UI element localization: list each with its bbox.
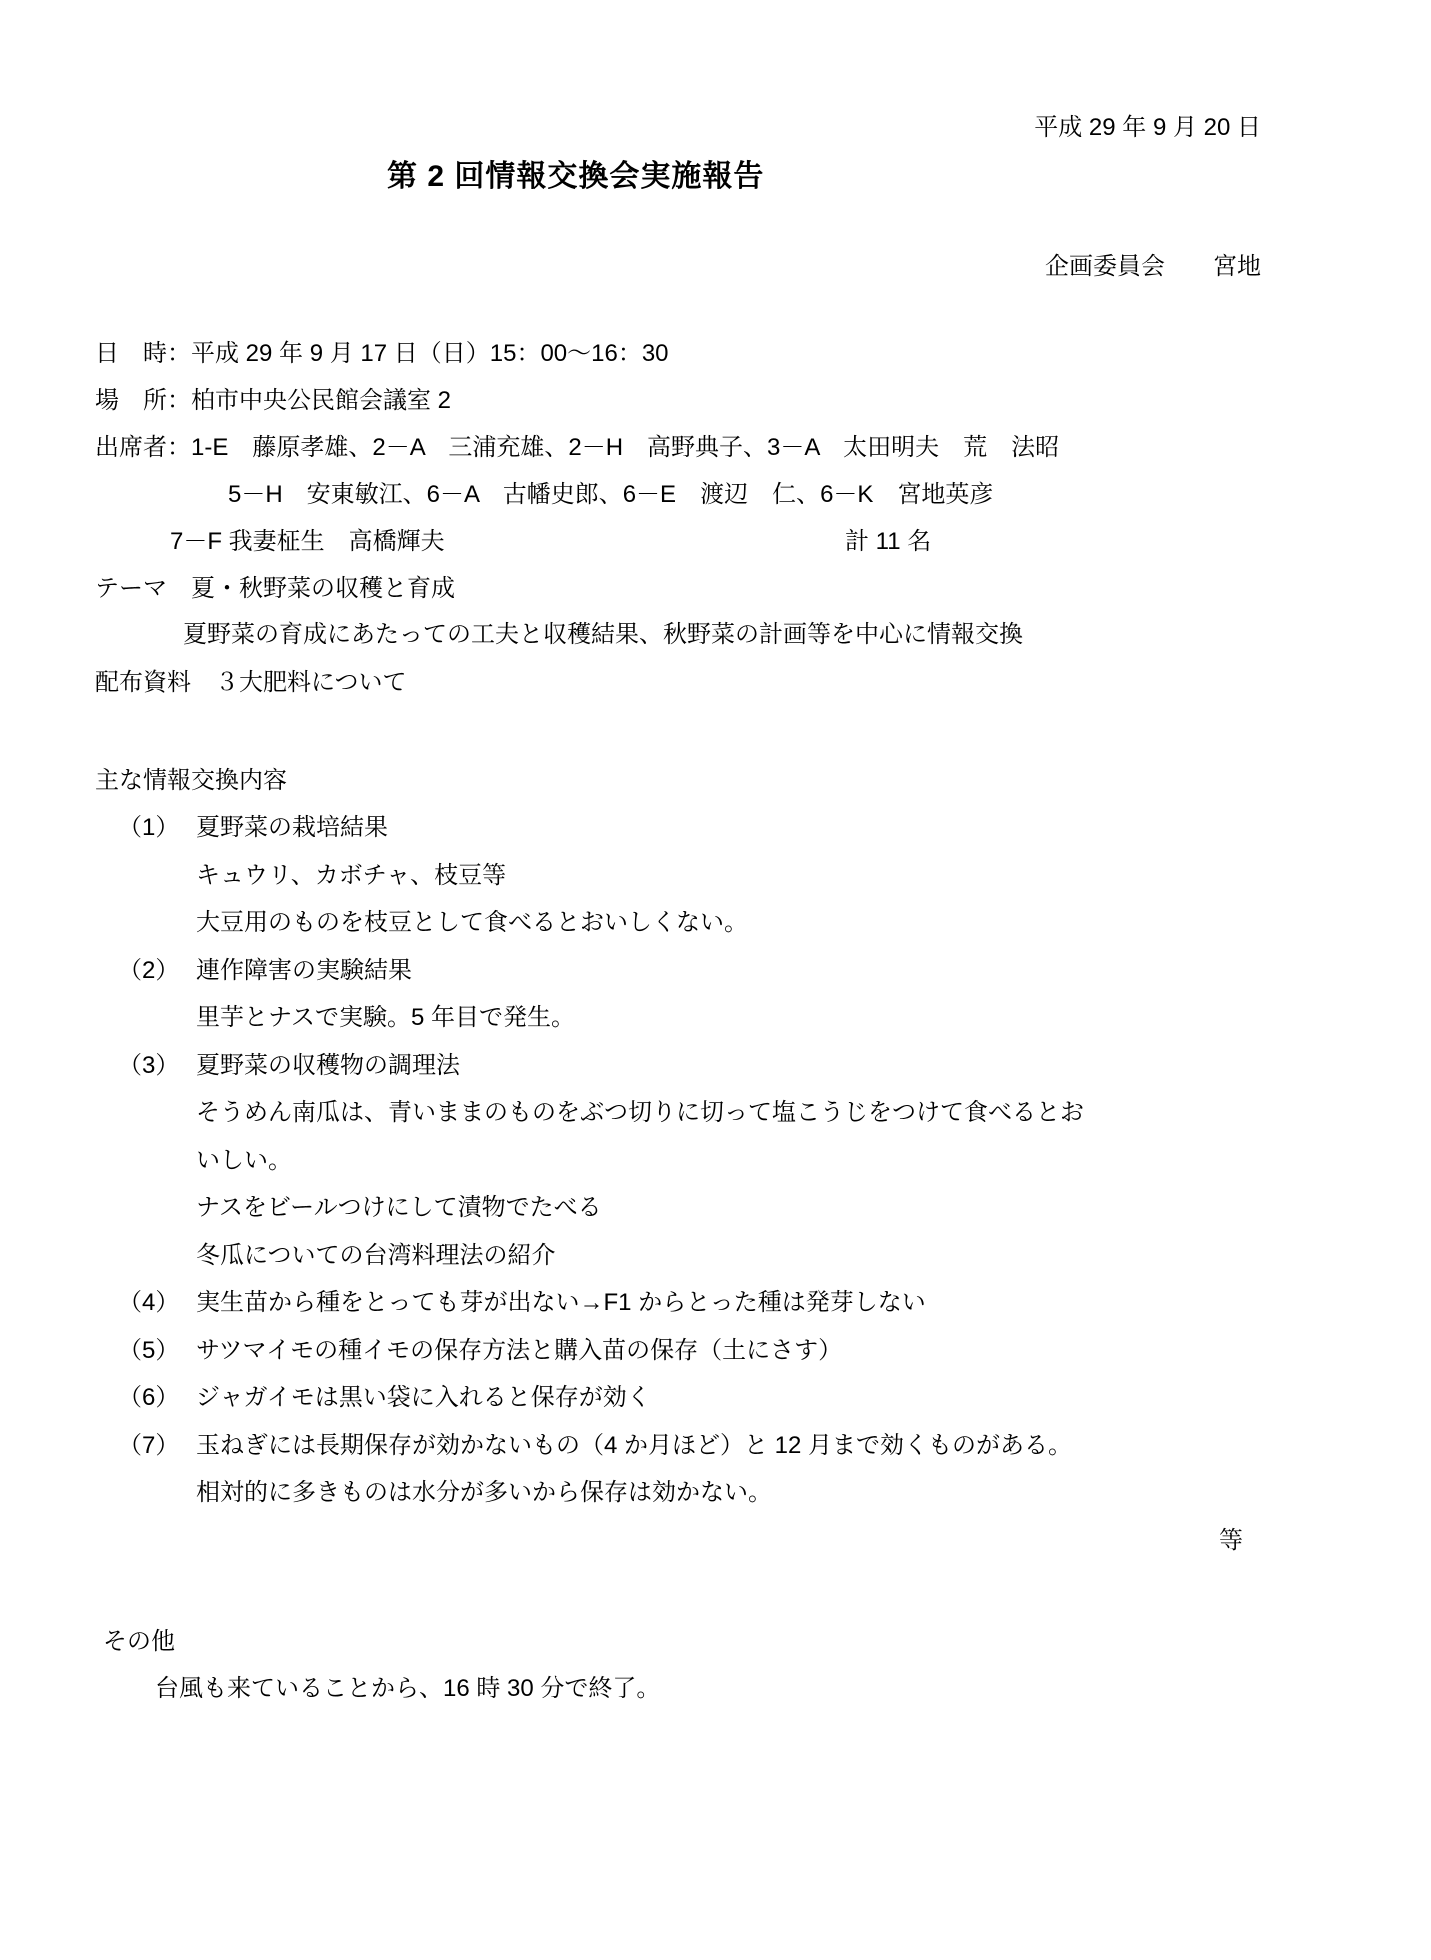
item-1-title: 夏野菜の栽培結果 [196,814,388,841]
item-7-number: （7） [118,1422,196,1470]
theme-detail-line: 夏野菜の育成にあたっての工夫と収穫結果、秋野菜の計画等を中心に情報交換 [183,612,1261,659]
item-1-detail-1: キュウリ、カボチャ、枝豆等 [196,852,1261,900]
item-3-detail-1: そうめん南瓜は、青いままのものをぶつ切りに切って塩こうじをつけて食べるとお [196,1089,1261,1137]
document-title: 第 2 回情報交換会実施報告 [387,151,1261,203]
meta-datetime: 日 時：平成 29 年 9 月 17 日（日）15：00～16：30 [95,330,1261,377]
item-3-number: （3） [118,1042,196,1090]
document-date: 平成 29 年 9 月 20 日 [95,104,1261,151]
section-heading: 主な情報交換内容 [95,757,1261,804]
item-1-number: （1） [118,804,196,852]
handout-line: 配布資料 ３大肥料について [95,659,1261,706]
author-line: 企画委員会 宮地 [95,243,1261,290]
attendees-line-3: 7－F 我妻柾生 高橋輝夫 計 11 名 [170,518,1261,565]
item-1-head: （1）夏野菜の栽培結果 [95,804,1261,852]
item-1-detail-2: 大豆用のものを枝豆として食べるとおいしくない。 [196,899,1261,947]
item-2-detail-1: 里芋とナスで実験。5 年目で発生。 [196,994,1261,1042]
attendees-line-1: 出席者：1-E 藤原孝雄、2－A 三浦充雄、2－H 高野典子、3－A 太田明夫 … [95,424,1261,471]
item-3-title: 夏野菜の収穫物の調理法 [196,1052,460,1079]
item-6-title: ジャガイモは黒い袋に入れると保存が効く [196,1384,651,1411]
attendees-line-2: 5－H 安東敏江、6－A 古幡史郎、6－E 渡辺 仁、6－K 宮地英彦 [228,471,1261,518]
item-2-head: （2）連作障害の実験結果 [95,947,1261,995]
attendees-total-count: 計 11 名 [845,518,931,565]
item-3-detail-4: 冬瓜についての台湾料理法の紹介 [196,1232,1261,1280]
report-page: 平成 29 年 9 月 20 日 第 2 回情報交換会実施報告 企画委員会 宮地… [0,0,1431,1960]
item-5-head: （5）サツマイモの種イモの保存方法と購入苗の保存（土にさす） [95,1327,1261,1375]
item-6-number: （6） [118,1374,196,1422]
item-3-detail-3: ナスをビールつけにして漬物でたべる [196,1184,1261,1232]
item-5-number: （5） [118,1327,196,1375]
other-detail: 台風も来ていることから、16 時 30 分で終了。 [155,1665,1261,1712]
meta-place: 場 所：柏市中央公民館会議室 2 [95,377,1261,424]
item-6-head: （6）ジャガイモは黒い袋に入れると保存が効く [95,1374,1261,1422]
theme-line: テーマ 夏・秋野菜の収穫と育成 [95,565,1261,612]
item-7-title: 玉ねぎには長期保存が効かないもの（4 か月ほど）と 12 月まで効くものがある。 [196,1432,1072,1459]
item-4-title: 実生苗から種をとっても芽が出ない→F1 からとった種は発芽しない [196,1289,926,1316]
item-3-detail-2: いしい。 [196,1137,1261,1185]
item-4-head: （4）実生苗から種をとっても芽が出ない→F1 からとった種は発芽しない [95,1279,1261,1327]
item-2-title: 連作障害の実験結果 [196,957,412,984]
etc-label: 等 [95,1517,1261,1565]
item-3-head: （3）夏野菜の収穫物の調理法 [95,1042,1261,1090]
item-7-head: （7）玉ねぎには長期保存が効かないもの（4 か月ほど）と 12 月まで効くものが… [95,1422,1261,1470]
item-5-title: サツマイモの種イモの保存方法と購入苗の保存（土にさす） [196,1337,842,1364]
item-4-number: （4） [118,1279,196,1327]
item-7-detail-1: 相対的に多きものは水分が多いから保存は効かない。 [196,1469,1261,1517]
other-heading: その他 [103,1618,1261,1665]
attendees-names: 7－F 我妻柾生 高橋輝夫 [170,528,445,555]
item-2-number: （2） [118,947,196,995]
